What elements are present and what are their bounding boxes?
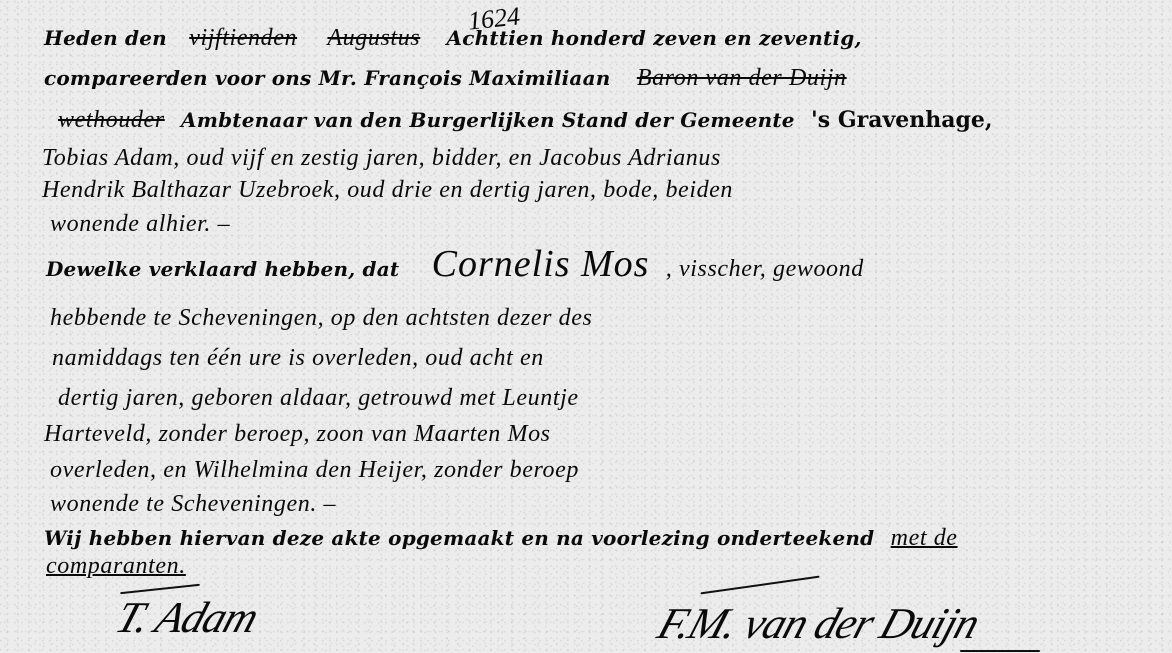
handwritten-text: namiddags ten één ure is overleden, oud … xyxy=(52,344,544,372)
handwritten-text: wonende te Scheveningen. – xyxy=(50,490,336,518)
handwritten-day: vijftienden xyxy=(189,24,297,52)
handwritten-text: hebbende te Scheveningen, op den achtste… xyxy=(50,304,592,332)
handwritten-text: Harteveld, zonder beroep, zoon van Maart… xyxy=(44,420,551,448)
handwritten-month: Augustus xyxy=(327,24,420,52)
handwritten-text: Tobias Adam, oud vijf en zestig jaren, b… xyxy=(42,144,721,172)
text-line-12: overleden, en Wilhelmina den Heijer, zon… xyxy=(50,456,588,484)
printed-text: Dewelke verklaard hebben, dat xyxy=(46,255,399,283)
printed-year-text: Achttien honderd zeven en zeventig, xyxy=(447,24,862,52)
printed-text: Heden den xyxy=(44,24,167,52)
signature-right: F.M. van der Duijn xyxy=(652,598,986,649)
signature-flourish xyxy=(960,650,1040,652)
text-line-3: wethouder Ambtenaar van den Burgerlijken… xyxy=(58,106,1002,134)
document-page: 1624 Heden den vijftienden Augustus Acht… xyxy=(0,0,1172,653)
handwritten-text: met de xyxy=(891,524,958,552)
printed-text: compareerden voor ons Mr. François Maxim… xyxy=(44,64,611,92)
handwritten-text: , visscher, gewoond xyxy=(666,255,864,283)
printed-text: Wij hebben hiervan deze akte opgemaakt e… xyxy=(44,524,874,552)
handwritten-text: comparanten. xyxy=(46,552,186,580)
signature-flourish xyxy=(700,576,819,595)
handwritten-text: Hendrik Balthazar Uzebroek, oud drie en … xyxy=(42,176,733,204)
text-line-15: comparanten. xyxy=(46,552,195,580)
handwritten-text: dertig jaren, geboren aldaar, getrouwd m… xyxy=(58,384,579,412)
text-line-4: Tobias Adam, oud vijf en zestig jaren, b… xyxy=(42,144,730,172)
handwritten-title: wethouder xyxy=(58,106,165,134)
handwritten-text: wonende alhier. – xyxy=(50,210,230,238)
text-line-11: Harteveld, zonder beroep, zoon van Maart… xyxy=(44,420,560,448)
handwritten-official-name: Baron van der Duijn xyxy=(637,64,847,92)
text-line-8: hebbende te Scheveningen, op den achtste… xyxy=(50,304,601,332)
handwritten-deceased-name: Cornelis Mos xyxy=(432,250,650,278)
printed-text: Ambtenaar van den Burgerlijken Stand der… xyxy=(181,106,795,134)
text-line-7: Dewelke verklaard hebben, dat Cornelis M… xyxy=(46,250,873,283)
text-line-2: compareerden voor ons Mr. François Maxim… xyxy=(44,64,856,92)
text-line-14: Wij hebben hiervan deze akte opgemaakt e… xyxy=(44,524,967,552)
signature-left: T. Adam xyxy=(110,592,265,643)
handwritten-text: overleden, en Wilhelmina den Heijer, zon… xyxy=(50,456,579,484)
text-line-9: namiddags ten één ure is overleden, oud … xyxy=(52,344,553,372)
text-line-5: Hendrik Balthazar Uzebroek, oud drie en … xyxy=(42,176,742,204)
text-line-6: wonende alhier. – xyxy=(50,210,239,238)
text-line-13: wonende te Scheveningen. – xyxy=(50,490,345,518)
text-line-1: Heden den vijftienden Augustus Achttien … xyxy=(44,24,871,52)
printed-municipality: 's Gravenhage, xyxy=(811,106,992,134)
text-line-10: dertig jaren, geboren aldaar, getrouwd m… xyxy=(58,384,588,412)
